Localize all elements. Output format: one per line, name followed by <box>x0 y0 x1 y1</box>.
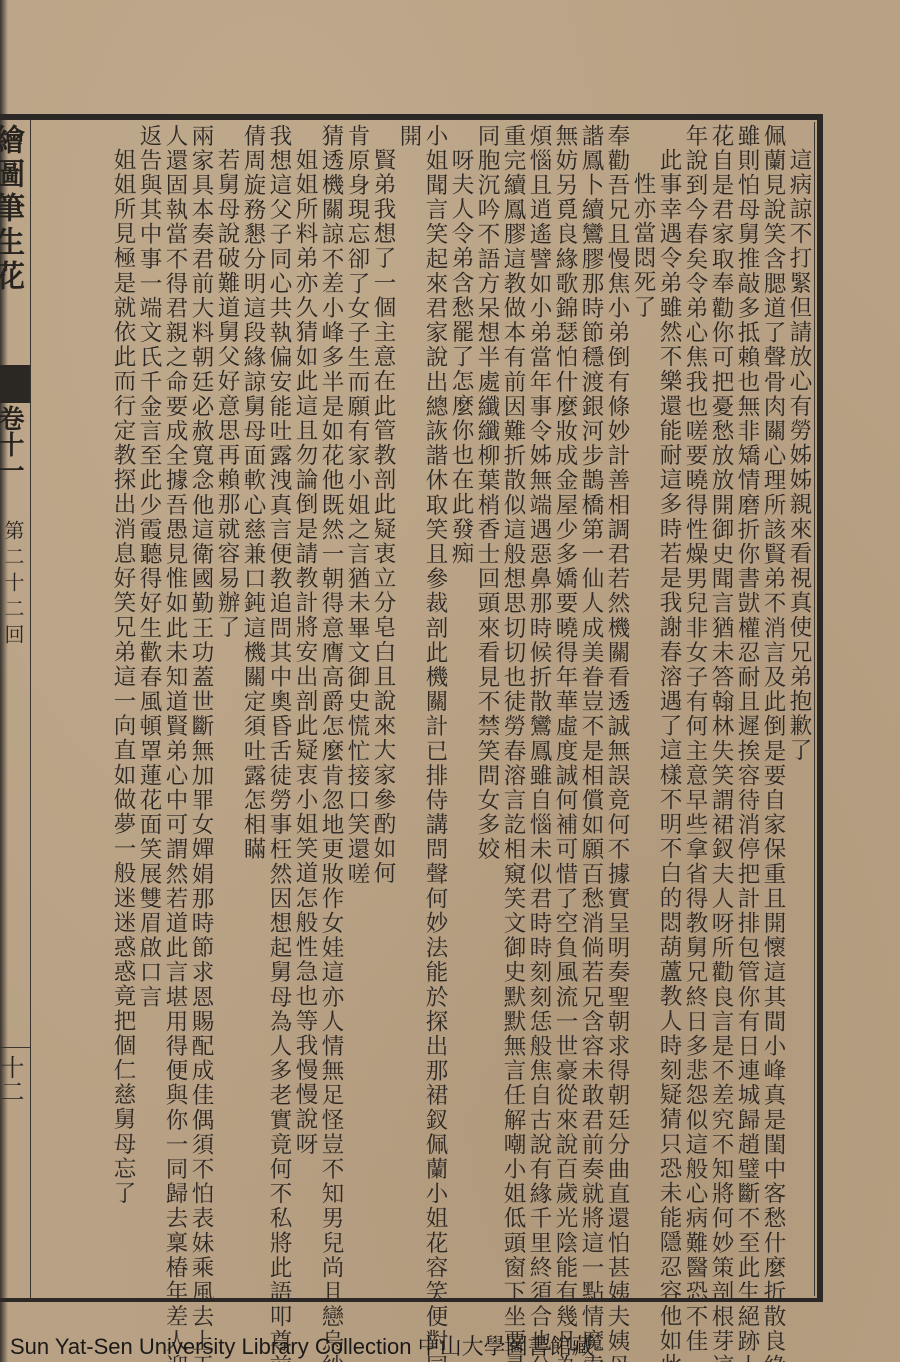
text-column: 花自是君家取奉勸你可把憂愁放放開御史聞言猶未答翰林失笑謂裙釵夫人呀所勸良言是不差… <box>708 124 734 1284</box>
text-column: 兩家具本奏君前大料朝廷必赦寬念他這衛國勤王功蓋世斷無加罪女嬋娟那時節求恩賜配成佳… <box>188 124 214 1284</box>
folio-number: 十二 <box>0 1055 28 1103</box>
text-column: 煩惱且逍遙譬如小弟當年事令姊無端遇惡鼻那時候折散鸞鳳雖自惱未似君時時刻刻恁般焦自… <box>526 124 552 1284</box>
fishtail-mark <box>0 365 30 403</box>
text-column: 奉勸吾兄且慢焦小弟倒有條妙計善相調君若然機關看透誠無誤竟何不據實呈明奏聖朝求得朝… <box>604 124 630 1284</box>
text-column: 返告與其中事一端文氏千金言至此少霞聽得好生歡春風頓罩蓮花面笑展雙眉啟口言 <box>136 124 162 1284</box>
library-watermark: Sun Yat-Sen University Library Collectio… <box>10 1330 594 1361</box>
text-column: 姐姐所見極是就依此而行定教探出消息好笑兄弟這一向直如做夢一般迷迷惑惑竟把個仁慈舅… <box>110 124 136 1308</box>
volume-label: 卷十一 <box>0 405 28 483</box>
text-column: 倩周旋務懇分明這段緣諒舅母面軟心慈兼口鈍這機關定須吐露怎相瞞 <box>240 124 266 1284</box>
text-column: 人還固執當不得君親之命要成全據吾愚見惟如此未知道賢弟心中可謂然若道此言堪用得便與… <box>162 124 188 1284</box>
text-column: 年說到今春矣令弟心焦我也嗟要曉得性燥男兒非女子有何主意早些拿省得教舅兄終日多悲怨… <box>682 124 708 1284</box>
text-column: 此事幸遇令弟雖然不樂還能耐這多時若是我謝春溶遇了這樣不明不白的悶葫蘆教人時刻疑猜… <box>656 124 682 1308</box>
folio-rule <box>0 1047 30 1048</box>
text-column: 猜透機關諒不差小峰多半是如花他既然一朝得意膺高爵怎麼肯忽地更妝作女娃這亦人情無足… <box>318 124 344 1284</box>
text-column: 小姐聞言笑起來君家說出總詼諧休取笑且參裁剖此機關計已排侍講問聲何妙法能於探出那裙… <box>422 124 448 1284</box>
text-column: 佩蘭見說笑含腮道了聲骨肉關心理所該賢弟不消言及此倒是要自家保重且開懷這其間小峰真… <box>760 124 786 1284</box>
book-title: 繪圖筆生花 <box>0 124 28 294</box>
text-column: 肯原身現忘卻了女子生而願有家小姐之言猶未畢文御史慌忙接口笑還嗟 <box>344 124 370 1284</box>
text-column: 姐姐所料弟亦久猜如此這且勿論倒是請教計將安出剖此疑衷小姐笑道怎般性急也等我慢慢說… <box>292 124 318 1308</box>
text-body: 這病諒不打緊但請放心有勞姊姊親來看視真使兄弟抱歉了 佩蘭見說笑含腮道了聲骨肉關心… <box>34 124 812 1294</box>
text-column: 賢弟我想了一個主意在此管教剖此疑衷立分皂白且說來大家參酌如何 <box>370 124 396 1308</box>
text-column: 呀夫人令弟含愁罷了怎麼你也在此發痴 <box>448 124 474 1308</box>
chapter-label: 第二十二回 <box>2 520 28 650</box>
text-column: 若舅母說破難道舅父好意思再賴那就容易辦了 <box>214 124 240 1308</box>
text-column: 這病諒不打緊但請放心有勞姊姊親來看視真使兄弟抱歉了 <box>786 124 812 1308</box>
text-column: 性亦當悶死了 <box>630 124 656 1332</box>
text-column: 同胞沉吟不語方呆想半處纖纖柳葉梢香士回頭來看見不禁笑問女多姣 <box>474 124 500 1284</box>
text-column: 重完續鳳膠這教做本有前因難折散似這般想思切切也徒勞春溶言訖相窺笑文御史默默無言任… <box>500 124 526 1284</box>
center-strip <box>0 120 31 1300</box>
text-column: 無妨另覓良緣歌錦瑟怕什麼妝成金屋少多嬌要曉得年華虛度誠何補可惜了空負風流一世豪從… <box>552 124 578 1284</box>
text-column: 開 <box>396 124 422 1284</box>
text-column: 我想這父子同心共執偏安能吐露洩真言便教追問其中奧昏舌徒勞事枉然因想起舅母為人多老… <box>266 124 292 1284</box>
text-column: 雖則怕母舅推敲多抵賴也無非矯情磨折你書獃權忍耐且遲挨容待消停把計排包管你有日連城… <box>734 124 760 1284</box>
scanned-page: 繪圖筆生花 卷十一 第二十二回 十二 這病諒不打緊但請放心有勞姊姊親來看視真使兄… <box>0 0 900 1362</box>
text-column: 諧鳳卜續鸞膠那時節穩渡銀河步鵲橋第一仙人成美眷豈不是相償如願百愁消倘若兄含容未敢… <box>578 124 604 1284</box>
